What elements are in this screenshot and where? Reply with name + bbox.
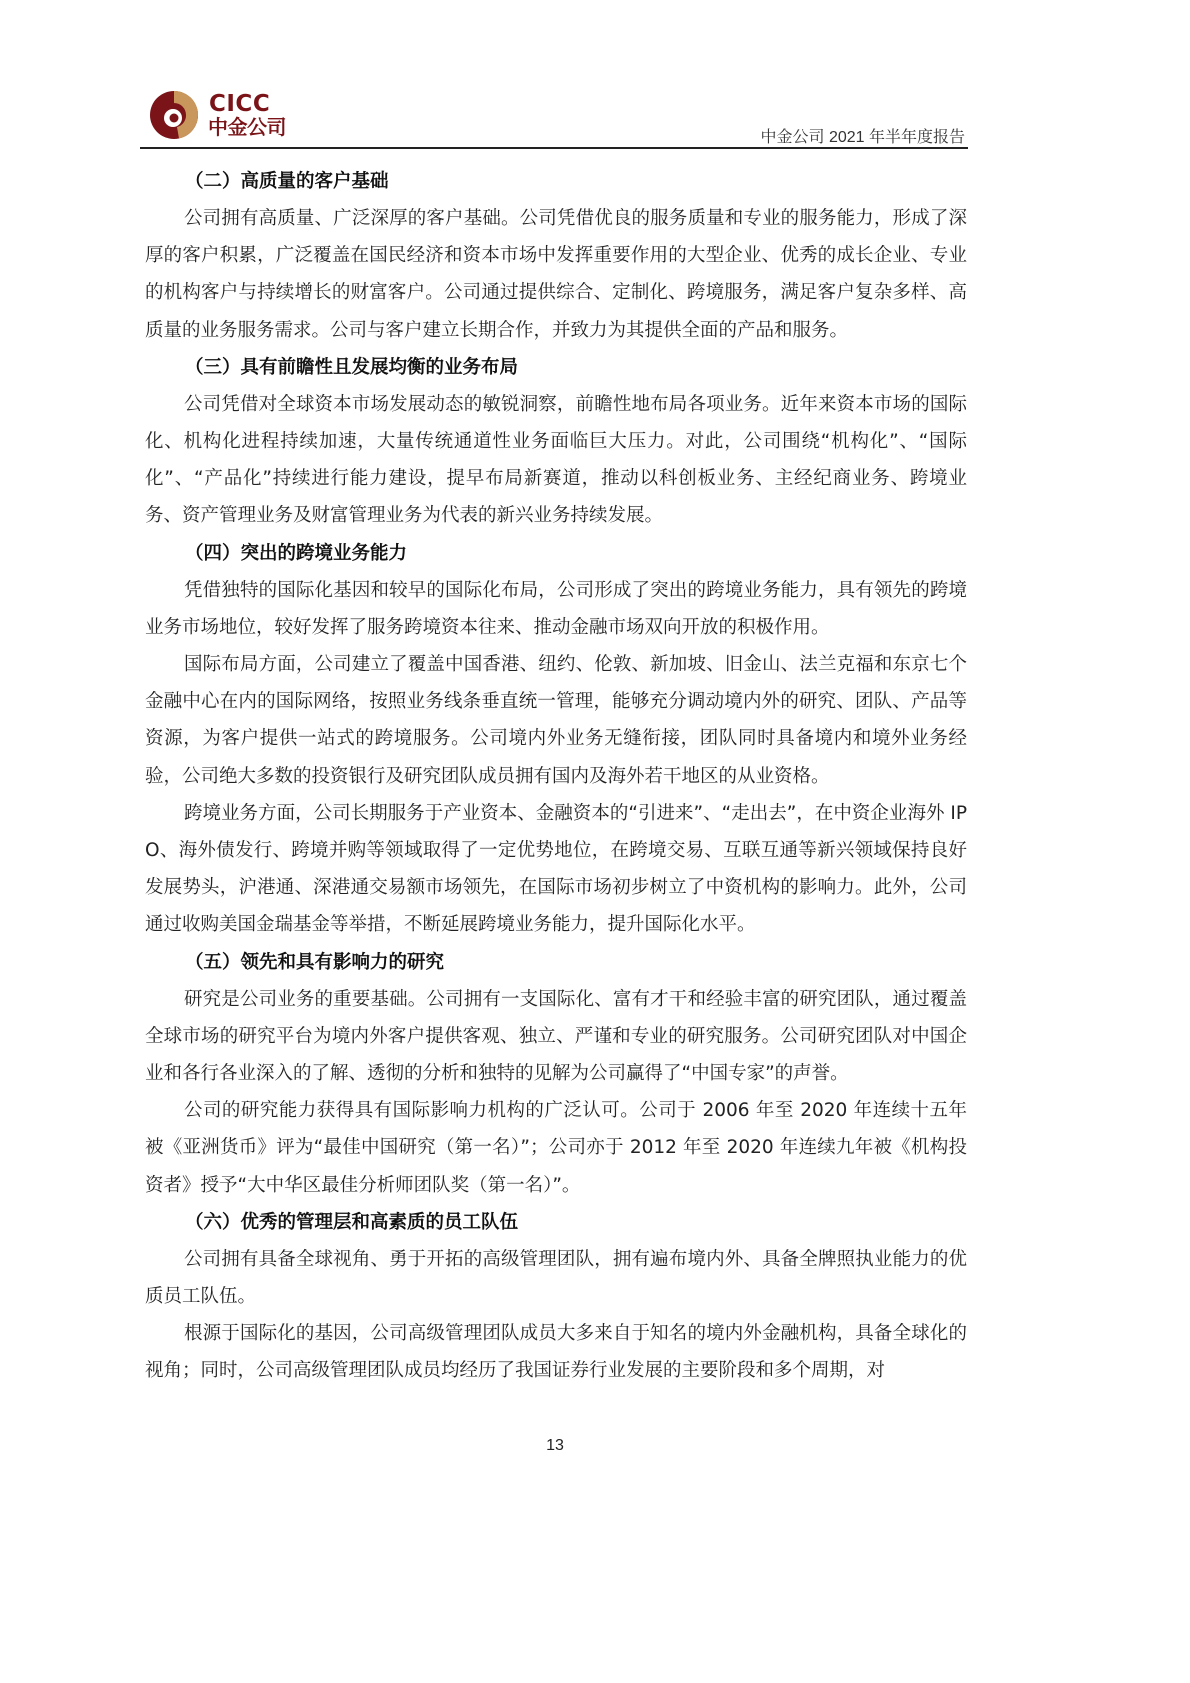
paragraph: 国际布局方面，公司建立了覆盖中国香港、纽约、伦敦、新加坡、旧金山、法兰克福和东京… xyxy=(145,646,967,795)
section-heading: （六）优秀的管理层和高素质的员工队伍 xyxy=(145,1204,967,1241)
document-body: （二）高质量的客户基础 公司拥有高质量、广泛深厚的客户基础。公司凭借优良的服务质… xyxy=(145,163,967,1390)
paragraph: 研究是公司业务的重要基础。公司拥有一支国际化、富有才干和经验丰富的研究团队，通过… xyxy=(145,981,967,1093)
paragraph: 根源于国际化的基因，公司高级管理团队成员大多来自于知名的境内外金融机构，具备全球… xyxy=(145,1315,967,1389)
cicc-logo: CICC 中金公司 xyxy=(145,86,305,146)
section-heading: （五）领先和具有影响力的研究 xyxy=(145,944,967,981)
paragraph: 跨境业务方面，公司长期服务于产业资本、金融资本的“引进来”、“走出去”，在中资企… xyxy=(145,795,967,944)
paragraph: 公司的研究能力获得具有国际影响力机构的广泛认可。公司于 2006 年至 2020… xyxy=(145,1092,967,1204)
section-heading: （三）具有前瞻性且发展均衡的业务布局 xyxy=(145,349,967,386)
paragraph: 公司拥有高质量、广泛深厚的客户基础。公司凭借优良的服务质量和专业的服务能力，形成… xyxy=(145,200,967,349)
section-heading: （二）高质量的客户基础 xyxy=(145,163,967,200)
paragraph: 公司凭借对全球资本市场发展动态的敏锐洞察，前瞻性地布局各项业务。近年来资本市场的… xyxy=(145,386,967,535)
header-divider xyxy=(140,147,968,149)
report-title: 中金公司 2021 年半年度报告 xyxy=(761,124,966,147)
page-number: 13 xyxy=(0,1437,1110,1455)
document-page: CICC 中金公司 中金公司 2021 年半年度报告 （二）高质量的客户基础 公… xyxy=(0,0,1190,1683)
paragraph: 公司拥有具备全球视角、勇于开拓的高级管理团队，拥有遍布境内外、具备全牌照执业能力… xyxy=(145,1241,967,1315)
page-header: CICC 中金公司 中金公司 2021 年半年度报告 xyxy=(145,82,965,152)
cicc-logo-mark-icon xyxy=(149,90,199,140)
logo-text-cn: 中金公司 xyxy=(208,116,286,138)
section-heading: （四）突出的跨境业务能力 xyxy=(145,535,967,572)
logo-text-en: CICC xyxy=(209,92,270,116)
paragraph: 凭借独特的国际化基因和较早的国际化布局，公司形成了突出的跨境业务能力，具有领先的… xyxy=(145,572,967,646)
